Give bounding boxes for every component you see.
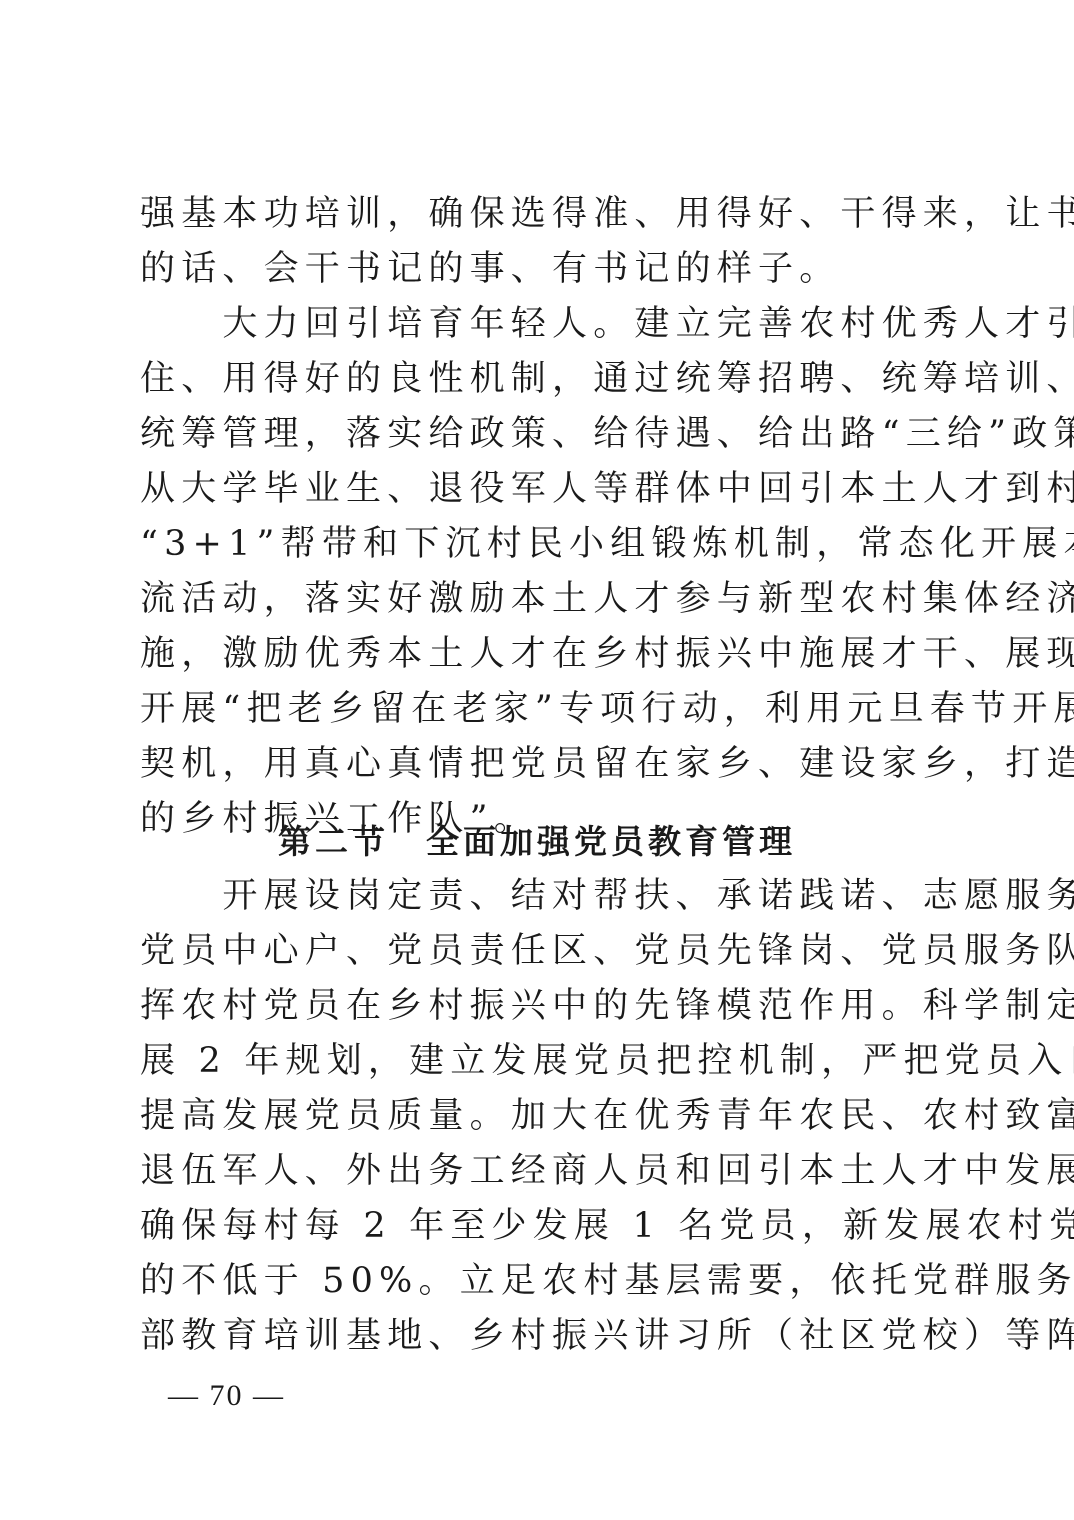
paragraph-line: 党员中心户、党员责任区、党员先锋岗、党员服务队等做法，发 xyxy=(140,931,940,971)
paragraph-line: 展 2 年规划，建立发展党员把控机制，严把党员入口关和程序关， xyxy=(140,1041,940,1081)
paragraph-line: 退伍军人、外出务工经商人员和回引本土人才中发展党员力度， xyxy=(140,1151,940,1191)
paragraph-line: 强基本功培训，确保选得准、用得好、干得来，让书记会说书记 xyxy=(140,194,940,234)
paragraph-line: 部教育培训基地、乡村振兴讲习所（社区党校）等阵地有计 xyxy=(140,1316,940,1356)
paragraph-line: “3+1”帮带和下沉村民小组锻炼机制，常态化开展本土人才交 xyxy=(140,524,940,564)
paragraph-line: 契机，用真心真情把党员留在家乡、建设家乡，打造一支“不走 xyxy=(140,744,940,784)
paragraph-line: 统筹管理，落实给政策、给待遇、给出路“三给”政策包，积极 xyxy=(140,414,940,454)
paragraph-line: 提高发展党员质量。加大在优秀青年农民、农村致富能手、复员 xyxy=(140,1096,940,1136)
page-number: — 70 — xyxy=(168,1378,285,1414)
paragraph-line: 确保每村每 2 年至少发展 1 名党员，新发展农村党员 35 岁以下 xyxy=(140,1206,940,1246)
paragraph-line: 从大学毕业生、退役军人等群体中回引本土人才到村任职，推行 xyxy=(140,469,940,509)
paragraph-line: 开展“把老乡留在老家”专项行动，利用元旦春节开展党员冬训 xyxy=(140,689,940,729)
paragraph-line: 的话、会干书记的事、有书记的样子。 xyxy=(140,249,940,289)
paragraph-line: 施，激励优秀本土人才在乡村振兴中施展才干、展现担当。全面 xyxy=(140,634,940,674)
paragraph-line: 挥农村党员在乡村振兴中的先锋模范作用。科学制定农村党员发 xyxy=(140,986,940,1026)
paragraph-line: 住、用得好的良性机制，通过统筹招聘、统筹培训、统筹使用、 xyxy=(140,359,940,399)
paragraph-line: 流活动，落实好激励本土人才参与新型农村集体经济发展工作措 xyxy=(140,579,940,619)
paragraph-line: 大力回引培育年轻人。建立完善农村优秀人才引得回、留得 xyxy=(140,304,940,344)
section-heading: 第二节 全面加强党员教育管理 xyxy=(0,822,1074,862)
document-page: 强基本功培训，确保选得准、用得好、干得来，让书记会说书记 的话、会干书记的事、有… xyxy=(0,0,1074,1520)
paragraph-line: 开展设岗定责、结对帮扶、承诺践诺、志愿服务，大力推行 xyxy=(140,876,940,916)
paragraph-line: 的不低于 50%。立足农村基层需要，依托党群服务中心、党员干 xyxy=(140,1261,940,1301)
